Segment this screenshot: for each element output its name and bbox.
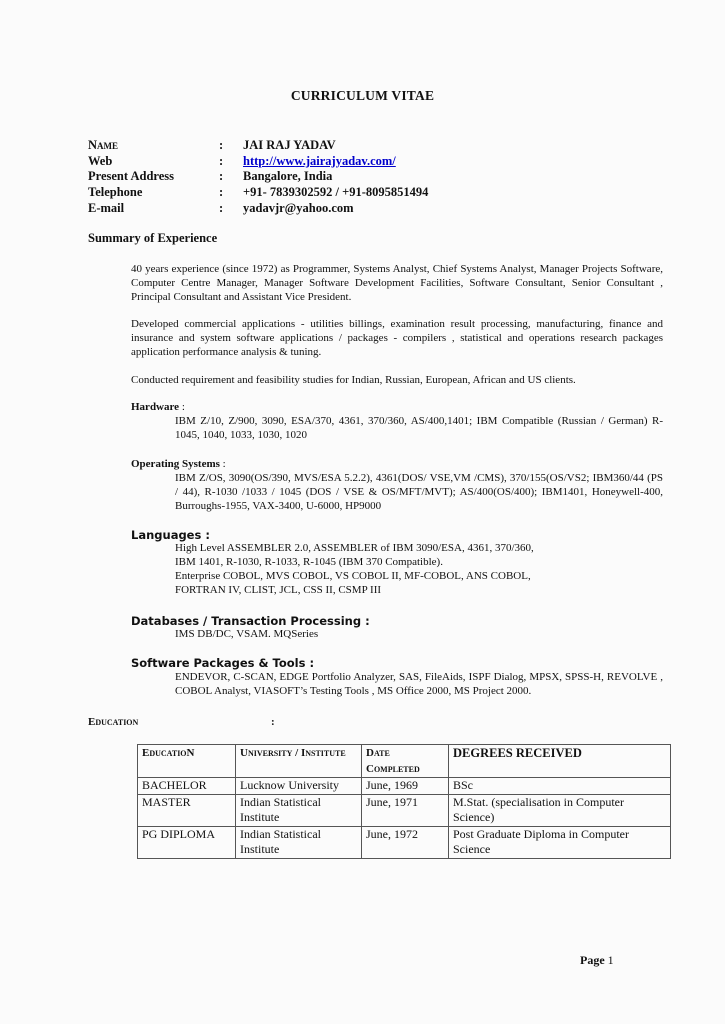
cell-education: PG DIPLOMA: [138, 826, 236, 858]
cell-degree: BSc: [449, 778, 671, 795]
info-colon: :: [219, 153, 223, 169]
os-heading: Operating Systems :: [131, 457, 226, 471]
software-text: ENDEVOR, C-SCAN, EDGE Portfolio Analyzer…: [175, 670, 663, 698]
os-text: IBM Z/OS, 3090(OS/390, MVS/ESA 5.2.2), 4…: [175, 471, 663, 513]
cell-date: June, 1972: [362, 826, 449, 858]
summary-paragraph: Conducted requirement and feasibility st…: [131, 373, 663, 387]
table-row: BACHELOR Lucknow University June, 1969 B…: [138, 778, 671, 795]
hardware-text: IBM Z/10, Z/900, 3090, ESA/370, 4361, 37…: [175, 414, 663, 442]
info-value-email: yadavjr@yahoo.com: [243, 200, 354, 216]
column-header-degrees: DEGREES RECEIVED: [449, 745, 671, 778]
education-heading: Education: [88, 716, 138, 728]
os-heading-label: Operating Systems: [131, 458, 220, 470]
page-number: Page 1: [580, 953, 614, 968]
table-header-row: EducatioN University / Institute Date Co…: [138, 745, 671, 778]
hardware-heading-label: Hardware: [131, 401, 179, 413]
info-value-address: Bangalore, India: [243, 168, 332, 184]
page-label: Page: [580, 953, 605, 967]
info-colon: :: [219, 137, 223, 153]
info-label: E-mail: [88, 200, 124, 216]
info-colon: :: [219, 200, 223, 216]
website-link[interactable]: http://www.jairajyadav.com/: [243, 153, 396, 169]
languages-line: Enterprise COBOL, MVS COBOL, VS COBOL II…: [175, 569, 663, 583]
page-value: 1: [608, 953, 614, 967]
info-colon: :: [219, 184, 223, 200]
cell-degree: Post Graduate Diploma in Computer Scienc…: [449, 826, 671, 858]
summary-paragraph: Developed commercial applications - util…: [131, 317, 663, 359]
column-header-university: University / Institute: [236, 745, 362, 778]
info-label: Present Address: [88, 168, 174, 184]
languages-line: FORTRAN IV, CLIST, JCL, CSS II, CSMP III: [175, 583, 663, 597]
software-heading: Software Packages & Tools :: [131, 656, 314, 670]
document-title: CURRICULUM VITAE: [0, 88, 725, 104]
cell-date: June, 1969: [362, 778, 449, 795]
cell-university: Indian Statistical Institute: [236, 794, 362, 826]
cell-degree: M.Stat. (specialisation in Computer Scie…: [449, 794, 671, 826]
info-label: Name: [88, 137, 118, 153]
table-row: PG DIPLOMA Indian Statistical Institute …: [138, 826, 671, 858]
cell-university: Lucknow University: [236, 778, 362, 795]
education-colon: :: [271, 716, 275, 728]
info-colon: :: [219, 168, 223, 184]
hardware-heading: Hardware :: [131, 400, 185, 414]
cell-education: BACHELOR: [138, 778, 236, 795]
summary-heading: Summary of Experience: [88, 231, 217, 246]
languages-line: High Level ASSEMBLER 2.0, ASSEMBLER of I…: [175, 541, 663, 555]
education-table: EducatioN University / Institute Date Co…: [137, 744, 671, 859]
info-value-telephone: +91- 7839302592 / +91-8095851494: [243, 184, 428, 200]
column-header-date: Date Completed: [362, 745, 449, 778]
column-header-education: EducatioN: [138, 745, 236, 778]
cell-university: Indian Statistical Institute: [236, 826, 362, 858]
cell-date: June, 1971: [362, 794, 449, 826]
cell-education: MASTER: [138, 794, 236, 826]
summary-paragraph: 40 years experience (since 1972) as Prog…: [131, 262, 663, 304]
languages-heading: Languages :: [131, 528, 210, 542]
info-value-name: JAI RAJ YADAV: [243, 137, 336, 153]
databases-heading: Databases / Transaction Processing :: [131, 614, 370, 628]
info-label: Telephone: [88, 184, 142, 200]
languages-line: IBM 1401, R-1030, R-1033, R-1045 (IBM 37…: [175, 555, 663, 569]
table-row: MASTER Indian Statistical Institute June…: [138, 794, 671, 826]
databases-text: IMS DB/DC, VSAM. MQSeries: [175, 627, 663, 641]
info-label: Web: [88, 153, 112, 169]
